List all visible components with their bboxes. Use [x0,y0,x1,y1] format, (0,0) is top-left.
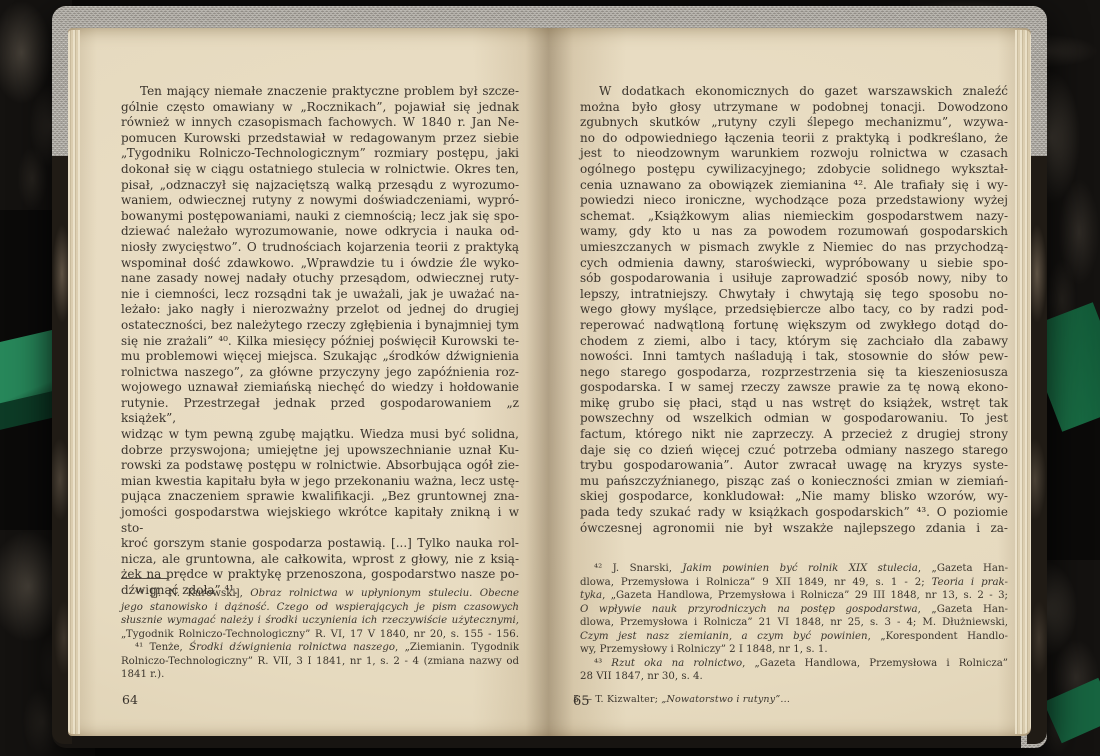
text-line: ogólnego postępu cywilizacyjnego; zdobyc… [580,162,1008,178]
text-line: schemat. „Książkowym alias niemieckim go… [580,209,1008,225]
text-segment: dlowa, Przemysłowa i Rolnicza” 21 VI 184… [580,617,1008,628]
printers-signature-line: 5 — T. Kizwalter; „Nowatorstwo i rutyny”… [573,694,790,705]
text-segment: dlowa, Przemysłowa i Rolnicza” 9 XII 184… [580,577,932,588]
italic-text-segment: O wpływie nauk przyrodniczych na postęp … [580,604,918,615]
text-line: nicza, ale gruntowna, ale całkowita, wpr… [121,552,519,568]
book-pages: Ten mający niemałe znaczenie praktyczne … [68,28,1031,736]
text-line: trybu gospodarowania”. Autor zwracał uwa… [580,458,1008,474]
text-line: waniem, odwiecznej rutyny z nowymi doświ… [121,193,519,209]
italic-text-segment: Obraz rolnictwa w upłynionym stuleciu. O… [250,588,519,599]
text-line: no do odpowiedniego łączenia teorii z pr… [580,131,1008,147]
footnote-line: jego stanowisko i dążność. Czego od wspi… [121,601,519,615]
text-line: rowski za podstawę postępu w rolnictwie.… [121,458,519,474]
text-segment: 1841 r.). [121,669,164,680]
text-line: W dodatkach ekonomicznych do gazet warsz… [580,84,1008,100]
text-line: wamy, gdy kto u nas za powodem rozumowań… [580,224,1008,240]
italic-text-segment: Czym jest nasz ziemianin, a czym być pow… [580,631,868,642]
text-line: factum, którego nikt nie zaprzeczy. A pr… [580,427,1008,443]
book-photo: Ten mający niemałe znaczenie praktyczne … [0,0,1100,756]
open-book: Ten mający niemałe znaczenie praktyczne … [52,6,1047,748]
text-line: daje się co dzień więcej czuć potrzeba o… [580,443,1008,459]
text-segment: , „Gazeta Handlowa, Przemysłowa i Rolnic… [742,658,1008,669]
text-line: żek na prędce w praktykę przenoszona, go… [121,567,519,583]
text-line: mu problemowi więcej miejsca. Szukając „… [121,349,519,365]
footnote-line: 28 VII 1847, nr 30, s. 4. [580,670,1008,684]
text-line: powiedzi nieco ironiczne, wychodzące poz… [580,193,1008,209]
text-line: Ten mający niemałe znaczenie praktyczne … [121,84,519,100]
text-line: pomucen Kurowski przedstawiał w redagowa… [121,131,519,147]
text-line: dokonał się w ciągu ostatniego stulecia … [121,162,519,178]
text-segment: ⁴³ [594,658,611,669]
italic-text-segment: Środki dźwignienia rolnictwa naszego [189,642,395,653]
footnote-line: ⁴² J. Snarski, Jakim powinien być rolnik… [580,562,1008,576]
text-line: nane zasady nowej nadały otuchy przesądo… [121,271,519,287]
text-line: leżało: jako nagły i nierozważny przelot… [121,302,519,318]
italic-text-segment: słusznie wymagać należy i środki uczynie… [121,615,519,626]
page-left-body-text: Ten mający niemałe znaczenie praktyczne … [121,84,519,599]
footnote-line: 1841 r.). [121,668,519,682]
text-segment: , „Gazeta Han- [918,604,1008,615]
page-number-left: 64 [122,692,138,707]
footnote-line: Rolniczo-Technologiczny” R. VII, 3 I 184… [121,655,519,669]
text-line: nego starego gospodarza, rozprzestrzenia… [580,365,1008,381]
text-line: gospodarska. I w samej rzeczy zawsze pra… [580,380,1008,396]
footnote-line: Czym jest nasz ziemianin, a czym być pow… [580,630,1008,644]
text-line: można było głosy utrzymane w podobnej to… [580,100,1008,116]
text-line: ówczesnej agronomii nie był wszakże najl… [580,521,1008,537]
text-segment: , „Gazeta Han- [918,563,1008,574]
text-line: nowości. Inni tamtych naśladują i tak, s… [580,349,1008,365]
text-line: powszechny od wszelkich odmian w gospoda… [580,411,1008,427]
cover-green-band-right-lower [1043,678,1100,744]
text-line: ostateczności, bez należytego rzeczy zgł… [121,318,519,334]
italic-text-segment: „Nowatorstwo i rutyny”... [661,694,790,705]
text-line: gólnie często omawiany w „Rocznikach”, p… [121,100,519,116]
italic-text-segment: Teoria i prak- [932,577,1008,588]
italic-text-segment: Rzut oka na rolnictwo [611,658,742,669]
text-line: umieszczanych w pismach zwykle z Niemiec… [580,240,1008,256]
text-line: reperować nadwątloną fortunę większym od… [580,318,1008,334]
text-line: kroć gorszym stanie gospodarza postawią.… [121,536,519,552]
page-right-footnotes: ⁴² J. Snarski, Jakim powinien być rolnik… [580,562,1008,684]
text-line: dziewać należało wyrozumowanie, nowe odk… [121,224,519,240]
footnote-line: dlowa, Przemysłowa i Rolnicza” 21 VI 184… [580,616,1008,630]
text-line: wspominał dość zdawkowo. „Wprawdzie tu i… [121,256,519,272]
text-segment: , „Ziemianin. Tygodnik [395,642,519,653]
page-right-body-text: W dodatkach ekonomicznych do gazet warsz… [580,84,1008,536]
text-segment: ⁴¹ Tenże, [135,642,189,653]
text-line: mian kwestia kapitału była w jego przeko… [121,474,519,490]
footnote-line: słusznie wymagać należy i środki uczynie… [121,614,519,628]
text-line: sób gospodarowania i usiłuje zaprowadzić… [580,271,1008,287]
italic-text-segment: Jakim powinien być rolnik XIX stulecia [682,563,917,574]
text-line: niosły zwycięstwo”. O trudnościach kojar… [121,240,519,256]
text-line: również w innych czasopismach fachowych.… [121,115,519,131]
page-left-footnotes: ⁴⁰ [J. N. Kurowski], Obraz rolnictwa w u… [121,587,519,682]
italic-text-segment: jego stanowisko i dążność. Czego od wspi… [121,602,519,613]
footnote-line: tyka, „Gazeta Handlowa, Przemysłowa i Ro… [580,589,1008,603]
text-line: wego głowy myślące, przedsiębiercze albo… [580,302,1008,318]
text-segment: ⁴² J. Snarski, [594,563,682,574]
text-line: cenia uznawano za obowiązek ziemianina ⁴… [580,178,1008,194]
text-line: skiej gospodarce, konkludował: „Nie mamy… [580,489,1008,505]
text-line: jest to nieodzownym warunkiem rozwoju ro… [580,146,1008,162]
text-line: nie i ciemności, lecz rozsądni tak je uw… [121,287,519,303]
text-segment: ⁴⁰ [J. N. Kurowski], [135,588,250,599]
footnote-line: „Tygodnik Rolniczo-Technologiczny” R. VI… [121,628,519,642]
page-stack-edge-right [1015,30,1031,734]
text-line: pująca znaczeniem sprawie kwalifikacji. … [121,489,519,505]
footnote-line: wy, Przemysłowy i Rolniczy” 2 I 1848, nr… [580,643,1008,657]
footnote-line: ⁴¹ Tenże, Środki dźwignienia rolnictwa n… [121,641,519,655]
footnote-line: O wpływie nauk przyrodniczych na postęp … [580,603,1008,617]
footnote-line: ⁴⁰ [J. N. Kurowski], Obraz rolnictwa w u… [121,587,519,601]
text-line: „Tygodniku Rolniczo-Technologicznym” roz… [121,146,519,162]
page-number-right: 65 [573,694,590,709]
footnote-line: dlowa, Przemysłowa i Rolnicza” 9 XII 184… [580,576,1008,590]
text-segment: „Tygodnik Rolniczo-Technologiczny” R. VI… [121,629,519,640]
text-line: rolnictwa naszego”, za główne przyczyny … [121,365,519,381]
text-segment: Rolniczo-Technologiczny” R. VII, 3 I 184… [121,656,519,667]
text-segment: 28 VII 1847, nr 30, s. 4. [580,671,703,682]
footnote-line: ⁴³ Rzut oka na rolnictwo, „Gazeta Handlo… [580,657,1008,671]
text-line: zgubnych skutków „rutyny czyli ślepego m… [580,115,1008,131]
italic-text-segment: tyka [580,590,602,601]
text-line: widząc w tym pewną zgubę majątku. Wiedza… [121,427,519,443]
footnote-separator [121,578,169,579]
text-segment: , „Korespondent Handlo- [868,631,1008,642]
text-line: mikę grubo się płaci, stąd u nas wstręt … [580,396,1008,412]
text-line: bowanymi postępowaniami, nauki z ciemnoś… [121,209,519,225]
text-segment: , „Gazeta Handlowa, Przemysłowa i Rolnic… [602,590,1008,601]
text-segment: wy, Przemysłowy i Rolniczy” 2 I 1848, nr… [580,644,828,655]
page-right-bottom-row: 5 — T. Kizwalter; „Nowatorstwo i rutyny”… [573,694,1008,705]
text-line: mu pańszczyźnianego, pisząc zaś o koniec… [580,474,1008,490]
text-line: chodem z ziemi, albo i tacy, którym się … [580,334,1008,350]
text-line: rutynie. Przestrzegał jednak przed gospo… [121,396,519,427]
text-line: jomości gospodarstwa wiejskiego wkrótce … [121,505,519,536]
text-line: pisał, „odznaczył się najzaciętszą walką… [121,178,519,194]
text-line: dobrze przyswojona; umiejętne jej upowsz… [121,443,519,459]
page-stack-edge-left [68,30,80,734]
text-line: się nie zrażali” ⁴⁰. Kilka miesięcy późn… [121,334,519,350]
text-line: lepszy, intratniejszy. Chwytały i chwyta… [580,287,1008,303]
text-line: wojowego uznawał ziemiańską niechęć do w… [121,380,519,396]
text-line: cych odmienia dawny, staroświecki, wypró… [580,256,1008,272]
text-line: pada tedy szukać rady w książkach gospod… [580,505,1008,521]
